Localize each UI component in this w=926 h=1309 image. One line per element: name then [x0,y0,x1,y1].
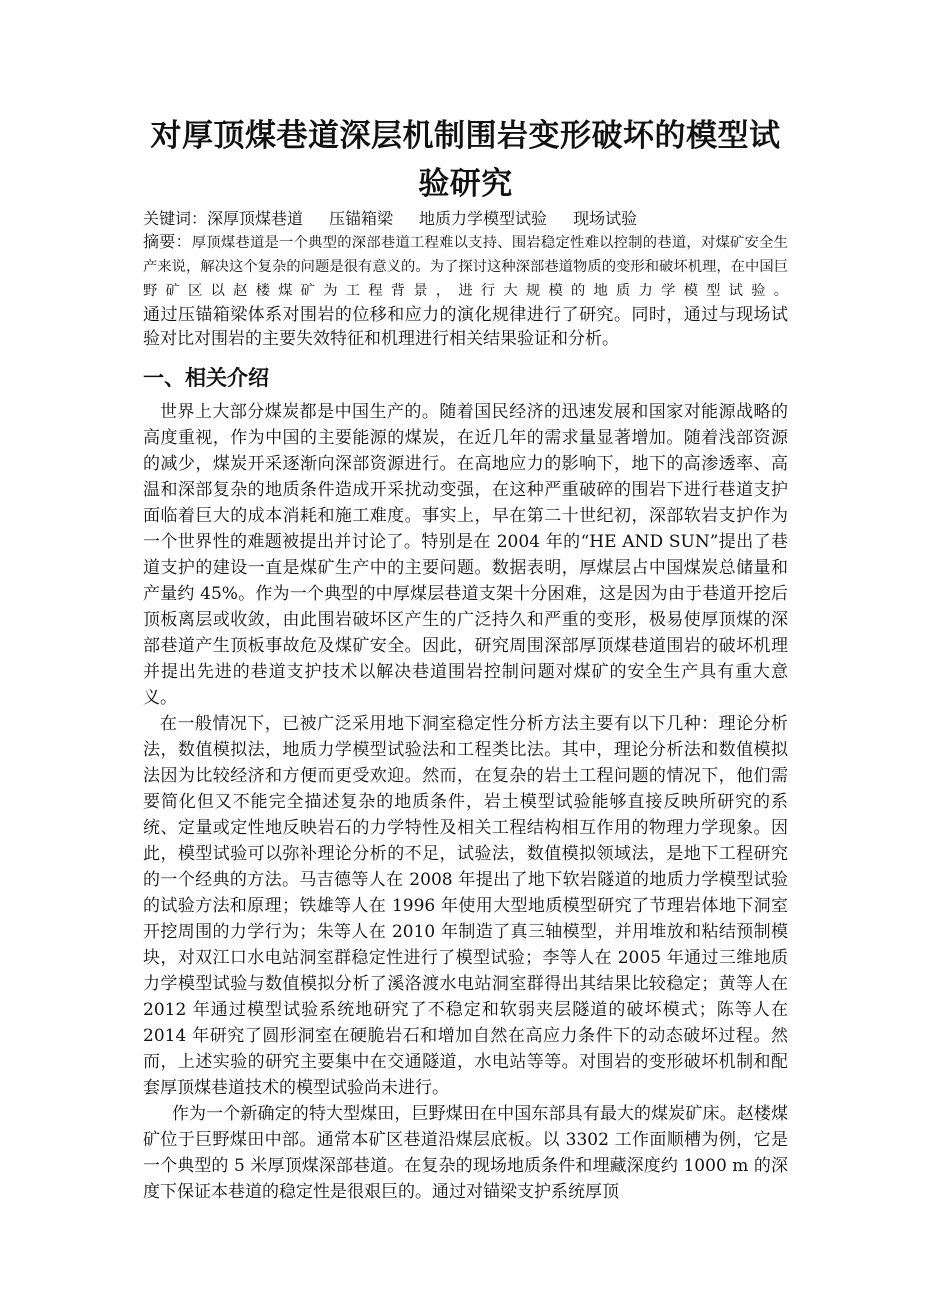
keyword: 现场试验 [573,209,637,228]
keyword: 压锚箱梁 [329,209,393,228]
section-heading: 一、相关介绍 [143,363,788,393]
keyword: 地质力学模型试验 [419,209,547,228]
keywords-line: 关键词：深厚顶煤巷道压锚箱梁地质力学模型试验现场试验 [143,208,788,230]
keywords-label: 关键词： [143,209,207,228]
paper-title: 对厚顶煤巷道深层机制围岩变形破坏的模型试验研究 [143,112,788,208]
abstract: 摘要：厚顶煤巷道是一个典型的深部巷道工程难以支持、围岩稳定性难以控制的巷道，对煤… [143,230,788,351]
abstract-label: 摘要： [143,232,192,251]
body-paragraph: 作为一个新确定的特大型煤田，巨野煤田在中国东部具有最大的煤炭矿床。赵楼煤矿位于巨… [143,1101,788,1205]
body-paragraph: 世界上大部分煤炭都是中国生产的。随着国民经济的迅速发展和国家对能源战略的高度重视… [143,399,788,711]
abstract-text-small: 摘要：厚顶煤巷道是一个典型的深部巷道工程难以支持、围岩稳定性难以控制的巷道，对煤… [143,230,788,303]
document-page: 对厚顶煤巷道深层机制围岩变形破坏的模型试验研究 关键词：深厚顶煤巷道压锚箱梁地质… [143,112,788,1205]
abstract-body-small: 厚顶煤巷道是一个典型的深部巷道工程难以支持、围岩稳定性难以控制的巷道，对煤矿安全… [143,235,788,299]
body-paragraph: 在一般情况下，已被广泛采用地下洞室稳定性分析方法主要有以下几种：理论分析法，数值… [143,711,788,1101]
abstract-text-large: 通过压锚箱梁体系对围岩的位移和应力的演化规律进行了研究。同时，通过与现场试验对比… [143,303,788,351]
keyword: 深厚顶煤巷道 [207,209,303,228]
